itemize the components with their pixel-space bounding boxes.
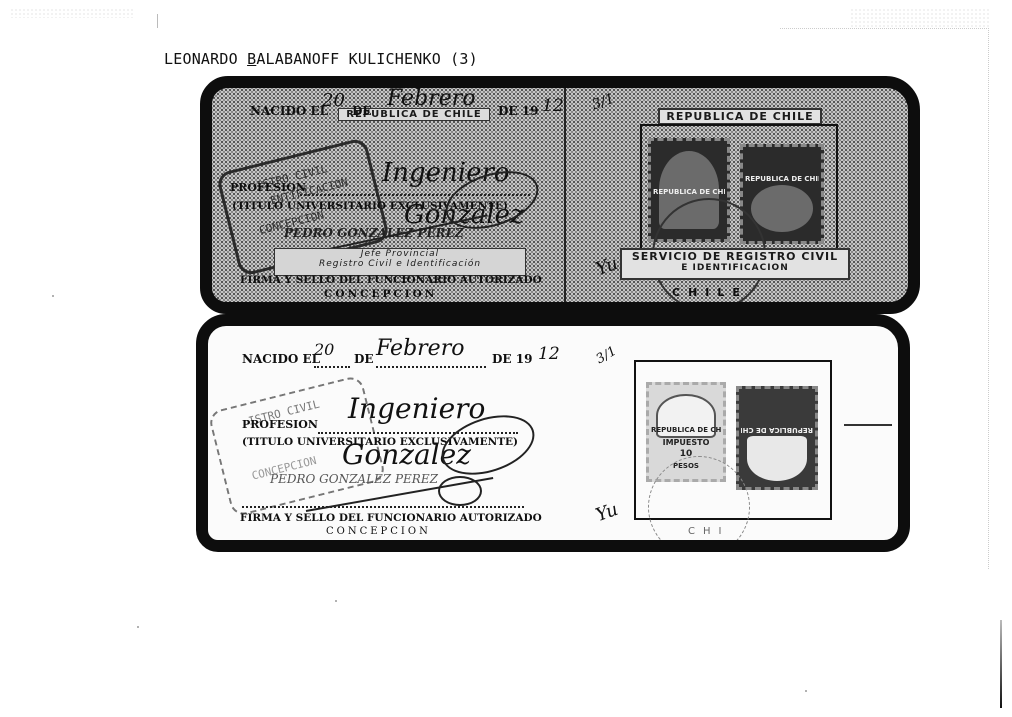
republica-header: REPUBLICA DE CHILE — [658, 108, 822, 125]
born-day-handwritten: 20 — [314, 340, 334, 359]
born-year-label: DE 19 — [498, 104, 538, 118]
scan-noise — [850, 8, 990, 28]
page-edge — [1000, 620, 1002, 708]
card-fold-line — [564, 88, 566, 302]
born-month-handwritten: Febrero — [387, 86, 475, 111]
tax-stamp-label: IMPUESTO — [651, 438, 721, 447]
official-office: Registro Civil e Identificación — [275, 259, 525, 269]
initials-handwritten: Yu — [593, 499, 621, 526]
speck — [335, 600, 337, 602]
born-year-handwritten: 12 — [542, 96, 564, 116]
born-year-label: DE 19 — [492, 352, 532, 366]
signature-label: FIRMA Y SELLO DEL FUNCIONARIO AUTORIZADO — [240, 512, 542, 524]
tax-stamp-caption: REPUBLICA DE CHILE — [745, 175, 819, 183]
document-title: LEONARDO BALABANOFF KULICHENKO (3) — [164, 50, 478, 68]
city-label: CONCEPCION — [326, 526, 431, 537]
born-day-handwritten: 20 — [322, 90, 345, 111]
margin-note: 3/1 — [594, 344, 620, 367]
born-of-label: DE — [352, 104, 372, 118]
profession-label: PROFESION — [230, 181, 306, 194]
scan-noise — [10, 8, 135, 18]
coat-of-arms-icon — [747, 436, 808, 481]
born-of-label: DE — [354, 352, 374, 366]
official-office-box: Jefe Provincial Registro Civil e Identif… — [274, 248, 526, 276]
initials-handwritten: Yu — [593, 253, 621, 280]
born-label: NACIDO EL — [250, 104, 328, 118]
tax-stamp-caption: REPUBLICA DE CHILE — [741, 426, 813, 434]
speck — [805, 690, 807, 692]
born-month-handwritten: Febrero — [376, 336, 464, 361]
title-rest: ALABANOFF KULICHENKO (3) — [256, 50, 478, 68]
coat-of-arms-icon — [751, 185, 813, 232]
identificacion-label: E IDENTIFICACION — [622, 263, 848, 273]
city-label: CONCEPCION — [324, 288, 437, 300]
registro-civil-label: SERVICIO DE REGISTRO CIVIL — [622, 250, 848, 263]
tax-stamp-caption: REPUBLICA DE CHILE — [653, 188, 725, 196]
month-dotted-line — [376, 366, 486, 368]
id-card-photocopy: NACIDO EL REPUBLICA DE CHILE 20 DE Febre… — [200, 76, 920, 314]
born-year-handwritten: 12 — [538, 344, 560, 364]
registro-civil-footer: SERVICIO DE REGISTRO CIVIL E IDENTIFICAC… — [620, 248, 850, 280]
profession-handwritten: Ingeniero — [348, 392, 485, 425]
speck — [52, 295, 54, 297]
scan-mark — [157, 14, 158, 28]
postmark-text: CHILE — [672, 286, 748, 299]
profession-label: PROFESION — [242, 418, 318, 431]
born-label: NACIDO EL — [242, 352, 320, 366]
title-prefix: LEONARDO — [164, 50, 247, 68]
id-card-clean: NACIDO EL 20 DE Febrero DE 19 12 ISTRO C… — [196, 314, 910, 552]
official-name: PEDRO GONZALEZ PEREZ — [270, 472, 438, 486]
tax-stamp-inverted: REPUBLICA DE CHILE — [736, 386, 818, 490]
signature-dotted-line — [242, 506, 524, 508]
day-dotted-line — [314, 366, 350, 368]
postmark-text: CHI — [688, 526, 729, 537]
speck — [137, 626, 139, 628]
tax-stamp-caption: REPUBLICA DE CHILE — [651, 426, 721, 434]
official-role: Jefe Provincial — [275, 249, 525, 259]
postmark — [648, 456, 750, 552]
pen-mark — [844, 424, 892, 426]
title-underlined-initial: B — [247, 50, 256, 68]
margin-note: 3/1 — [590, 91, 617, 114]
signature-label: FIRMA Y SELLO DEL FUNCIONARIO AUTORIZADO — [240, 274, 542, 286]
